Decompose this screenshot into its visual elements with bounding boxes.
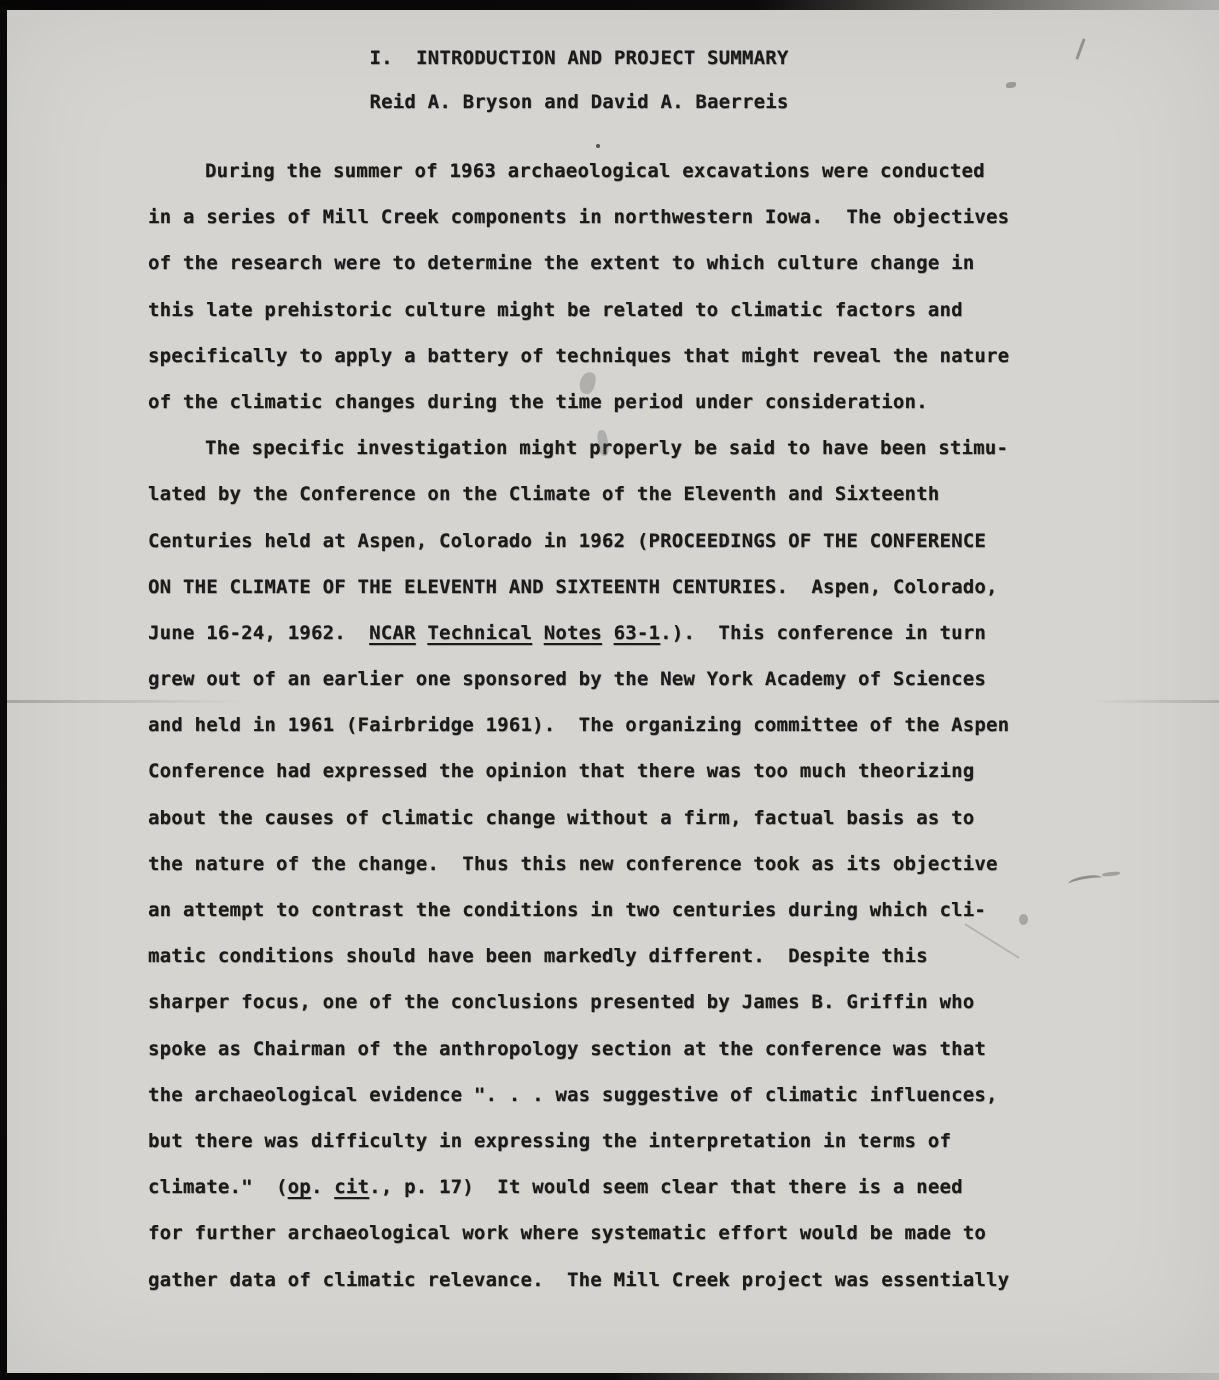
scan-speck: [1019, 914, 1028, 925]
text-segment: for further archaeological work where sy…: [148, 1222, 986, 1244]
text-segment: this late prehistoric culture might be r…: [148, 299, 963, 321]
text-segment: of the research were to determine the ex…: [148, 252, 974, 274]
text-segment: .: [311, 1176, 334, 1198]
document-title: I. INTRODUCTION AND PROJECT SUMMARY: [148, 36, 1010, 80]
text-line: this late prehistoric culture might be r…: [148, 287, 1010, 333]
text-line: sharper focus, one of the conclusions pr…: [148, 979, 1010, 1025]
text-segment: [532, 622, 544, 644]
text-line: and held in 1961 (Fairbridge 1961). The …: [148, 702, 1010, 748]
text-line: During the summer of 1963 archaeological…: [148, 148, 1010, 194]
text-segment: climate." (: [148, 1176, 288, 1198]
text-line: but there was difficulty in expressing t…: [148, 1118, 1010, 1164]
text-segment: Conference had expressed the opinion tha…: [148, 760, 974, 782]
text-segment: lated by the Conference on the Climate o…: [148, 483, 939, 505]
text-segment: grew out of an earlier one sponsored by …: [148, 668, 986, 690]
underlined-text: op: [288, 1176, 311, 1198]
document-text-column: I. INTRODUCTION AND PROJECT SUMMARY Reid…: [148, 36, 1010, 1303]
document-body: During the summer of 1963 archaeological…: [148, 148, 1010, 1303]
pencil-mark: [1075, 38, 1085, 60]
text-segment: During the summer of 1963 archaeological…: [205, 160, 985, 182]
text-line: in a series of Mill Creek components in …: [148, 194, 1010, 240]
text-segment: the archaeological evidence ". . . was s…: [148, 1084, 998, 1106]
text-line: an attempt to contrast the conditions in…: [148, 887, 1010, 933]
text-line: June 16-24, 1962. NCAR Technical Notes 6…: [148, 610, 1010, 656]
text-segment: of the climatic changes during the time …: [148, 391, 928, 413]
text-line: matic conditions should have been marked…: [148, 933, 1010, 979]
text-segment: in a series of Mill Creek components in …: [148, 206, 1009, 228]
text-line: Centuries held at Aspen, Colorado in 196…: [148, 518, 1010, 564]
paper-fold-line: [1089, 700, 1219, 703]
document-authors: Reid A. Bryson and David A. Baerreis: [148, 80, 1010, 124]
text-segment: The specific investigation might properl…: [205, 437, 1008, 459]
text-line: the nature of the change. Thus this new …: [148, 841, 1010, 887]
text-line: gather data of climatic relevance. The M…: [148, 1257, 1010, 1303]
text-line: The specific investigation might properl…: [148, 425, 1010, 471]
text-segment: specifically to apply a battery of techn…: [148, 345, 1009, 367]
text-line: of the climatic changes during the time …: [148, 379, 1010, 425]
text-line: lated by the Conference on the Climate o…: [148, 471, 1010, 517]
text-line: for further archaeological work where sy…: [148, 1210, 1010, 1256]
text-segment: ON THE CLIMATE OF THE ELEVENTH AND SIXTE…: [148, 576, 998, 598]
text-segment: about the causes of climatic change with…: [148, 807, 974, 829]
text-line: Conference had expressed the opinion tha…: [148, 748, 1010, 794]
text-line: grew out of an earlier one sponsored by …: [148, 656, 1010, 702]
text-segment: but there was difficulty in expressing t…: [148, 1130, 951, 1152]
text-segment: and held in 1961 (Fairbridge 1961). The …: [148, 714, 1009, 736]
text-line: about the causes of climatic change with…: [148, 795, 1010, 841]
underlined-text: Notes: [544, 622, 602, 644]
text-line: of the research were to determine the ex…: [148, 240, 1010, 286]
text-segment: an attempt to contrast the conditions in…: [148, 899, 986, 921]
scan-border-left: [0, 6, 7, 1380]
underlined-text: NCAR: [369, 622, 416, 644]
scanned-document-page: I. INTRODUCTION AND PROJECT SUMMARY Reid…: [0, 0, 1219, 1380]
text-line: specifically to apply a battery of techn…: [148, 333, 1010, 379]
text-line: the archaeological evidence ". . . was s…: [148, 1072, 1010, 1118]
text-segment: spoke as Chairman of the anthropology se…: [148, 1038, 986, 1060]
text-segment: Centuries held at Aspen, Colorado in 196…: [148, 530, 986, 552]
text-line: climate." (op. cit., p. 17) It would see…: [148, 1164, 1010, 1210]
underlined-text: cit: [334, 1176, 369, 1198]
text-line: spoke as Chairman of the anthropology se…: [148, 1026, 1010, 1072]
scan-border-bottom: [0, 1373, 1219, 1380]
text-segment: sharper focus, one of the conclusions pr…: [148, 991, 974, 1013]
text-segment: June 16-24, 1962.: [148, 622, 369, 644]
text-segment: gather data of climatic relevance. The M…: [148, 1269, 1009, 1291]
scan-smudge: [1102, 871, 1120, 877]
underlined-text: Technical: [427, 622, 532, 644]
scan-border-top: [0, 0, 1219, 10]
text-line: ON THE CLIMATE OF THE ELEVENTH AND SIXTE…: [148, 564, 1010, 610]
text-segment: the nature of the change. Thus this new …: [148, 853, 998, 875]
text-segment: .). This conference in turn: [660, 622, 986, 644]
text-segment: [416, 622, 428, 644]
text-segment: matic conditions should have been marked…: [148, 945, 928, 967]
text-segment: [602, 622, 614, 644]
scan-smudge: [1067, 873, 1102, 889]
underlined-text: 63-1: [614, 622, 661, 644]
text-segment: ., p. 17) It would seem clear that there…: [369, 1176, 963, 1198]
